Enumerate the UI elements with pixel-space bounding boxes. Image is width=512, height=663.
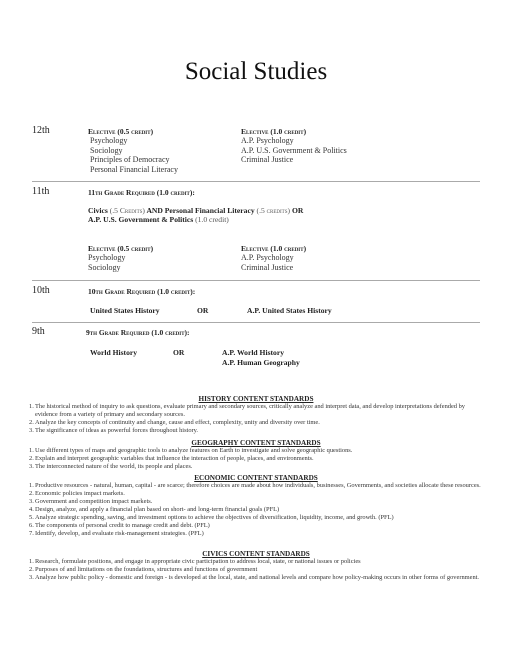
g10-required-heading: 10th Grade Required (1.0 credit): — [88, 287, 195, 296]
g11-required-option-2: A.P. U.S. Government & Politics (1.0 cre… — [88, 215, 229, 224]
economic-standards: ECONOMIC CONTENT STANDARDS 1.Productive … — [0, 474, 512, 538]
or-label: OR — [292, 206, 303, 215]
grade-label-10: 10th — [32, 285, 50, 296]
list-item: 4.Design, analyze, and apply a financial… — [0, 506, 512, 514]
history-standards-list: 1.The historical method of inquiry to as… — [0, 403, 512, 435]
history-standards-heading: HISTORY CONTENT STANDARDS — [0, 395, 512, 403]
g9-or-label: OR — [173, 348, 184, 357]
g11-elective-half-list: Psychology Sociology — [88, 253, 125, 272]
g10-option-b: A.P. United States History — [247, 306, 332, 315]
g11-elective-half-heading: Elective (0.5 credit) — [88, 244, 153, 253]
list-item: A.P. Psychology — [241, 136, 347, 146]
g9-option-a: World History — [90, 348, 137, 357]
pfl-credits: (.5 credits) — [257, 206, 291, 215]
list-item: Sociology — [88, 263, 125, 273]
apgov-credit: (1.0 credit) — [195, 215, 229, 224]
divider — [32, 181, 480, 182]
divider — [32, 280, 480, 281]
g11-elective-full-list: A.P. Psychology Criminal Justice — [241, 253, 294, 272]
geography-standards-heading: GEOGRAPHY CONTENT STANDARDS — [0, 439, 512, 447]
grade-label-12: 12th — [32, 125, 50, 136]
economic-standards-list: 1.Productive resources - natural, human,… — [0, 482, 512, 538]
list-item: 2.Economic policies impact markets. — [0, 490, 512, 498]
list-item: Criminal Justice — [241, 155, 347, 165]
list-item: 1.Research, formulate positions, and eng… — [0, 558, 512, 566]
g10-or-label: OR — [197, 306, 208, 315]
list-item: Psychology — [88, 253, 125, 263]
apgov-course: A.P. U.S. Government & Politics — [88, 215, 193, 224]
civics-standards: CIVICS CONTENT STANDARDS 1.Research, for… — [0, 550, 512, 582]
history-standards: HISTORY CONTENT STANDARDS 1.The historic… — [0, 395, 512, 435]
civics-standards-list: 1.Research, formulate positions, and eng… — [0, 558, 512, 582]
list-item: A.P. U.S. Government & Politics — [241, 146, 347, 156]
g9-option-b: A.P. World History A.P. Human Geography — [222, 348, 300, 367]
g9-required-heading: 9th Grade Required (1.0 credit): — [86, 328, 190, 337]
list-item: Personal Financial Literacy — [90, 165, 178, 175]
g10-option-a: United States History — [90, 306, 160, 315]
list-item: 5.Analyze strategic spending, saving, an… — [0, 514, 512, 522]
list-item: Criminal Justice — [241, 263, 294, 273]
civics-course: Civics — [88, 206, 108, 215]
civics-credits: (.5 Credits) — [110, 206, 145, 215]
civics-standards-heading: CIVICS CONTENT STANDARDS — [0, 550, 512, 558]
g11-required-option-1: Civics (.5 Credits) AND Personal Financi… — [88, 206, 303, 215]
list-item: 1.Productive resources - natural, human,… — [0, 482, 512, 490]
grade-label-9: 9th — [32, 326, 45, 337]
list-item: 6.The components of personal credit to m… — [0, 522, 512, 530]
list-item: 2.Analyze the key concepts of continuity… — [0, 419, 512, 427]
list-item: 2.Purposes of and limitations on the fou… — [0, 566, 512, 574]
g11-required-heading: 11th Grade Required (1.0 credit): — [88, 188, 195, 197]
list-item: A.P. Psychology — [241, 253, 294, 263]
page-title: Social Studies — [0, 58, 512, 86]
g12-elective-half-heading: Elective (0.5 credit) — [88, 127, 153, 136]
list-item: 3.The significance of ideas as powerful … — [0, 427, 512, 435]
list-item: A.P. World History — [222, 348, 300, 358]
g12-elective-half-list: Psychology Sociology Principles of Democ… — [90, 136, 178, 174]
list-item: 1.Use different types of maps and geogra… — [0, 447, 512, 455]
g11-elective-full-heading: Elective (1.0 credit) — [241, 244, 306, 253]
list-item: Principles of Democracy — [90, 155, 178, 165]
list-item: 2.Explain and interpret geographic varia… — [0, 455, 512, 463]
geography-standards-list: 1.Use different types of maps and geogra… — [0, 447, 512, 471]
g12-elective-full-heading: Elective (1.0 credit) — [241, 127, 306, 136]
list-item: 7.Identify, develop, and evaluate risk-m… — [0, 530, 512, 538]
economic-standards-heading: ECONOMIC CONTENT STANDARDS — [0, 474, 512, 482]
list-item: 3.Analyze how public policy - domestic a… — [0, 574, 512, 582]
grade-label-11: 11th — [32, 186, 49, 197]
list-item: Sociology — [90, 146, 178, 156]
list-item: 1.The historical method of inquiry to as… — [0, 403, 512, 419]
pfl-course: AND Personal Financial Literacy — [146, 206, 254, 215]
list-item: A.P. Human Geography — [222, 358, 300, 368]
geography-standards: GEOGRAPHY CONTENT STANDARDS 1.Use differ… — [0, 439, 512, 471]
list-item: 3.Government and competition impact mark… — [0, 498, 512, 506]
list-item: 3.The interconnected nature of the world… — [0, 463, 512, 471]
divider — [32, 322, 480, 323]
g12-elective-full-list: A.P. Psychology A.P. U.S. Government & P… — [241, 136, 347, 165]
list-item: Psychology — [90, 136, 178, 146]
